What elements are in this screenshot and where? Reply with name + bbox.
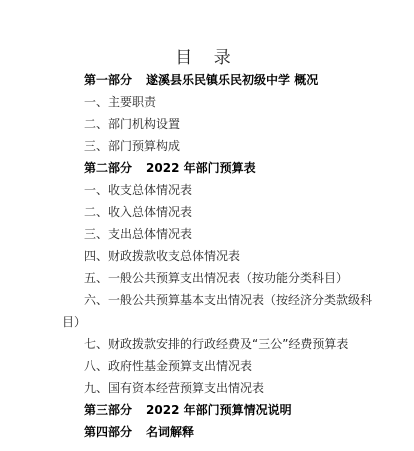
toc-item[interactable]: 三、支出总体情况表 — [62, 223, 372, 245]
toc-part-4[interactable]: 第四部分名词解释 — [62, 421, 372, 443]
toc-part-2[interactable]: 第二部分2022 年部门预算表 — [62, 157, 372, 179]
part-text: 遂溪县乐民镇乐民初级中学 概况 — [146, 73, 318, 87]
toc-item[interactable]: 七、财政拨款安排的行政经费及“三公”经费预算表 — [62, 333, 372, 355]
part-text: 2022 年部门预算情况说明 — [146, 403, 292, 417]
toc-item[interactable]: 三、部门预算构成 — [62, 135, 372, 157]
part-text: 2022 年部门预算表 — [146, 161, 256, 175]
toc-part-3[interactable]: 第三部分2022 年部门预算情况说明 — [62, 399, 372, 421]
part-label: 第三部分 — [84, 403, 132, 417]
toc-item-continuation[interactable]: 目） — [62, 311, 372, 333]
toc-item[interactable]: 五、一般公共预算支出情况表（按功能分类科目） — [62, 267, 372, 289]
toc-part-1[interactable]: 第一部分遂溪县乐民镇乐民初级中学 概况 — [62, 69, 372, 91]
part-label: 第二部分 — [84, 161, 132, 175]
toc-item[interactable]: 六、一般公共预算基本支出情况表（按经济分类款级科 — [62, 289, 372, 311]
toc-item[interactable]: 八、政府性基金预算支出情况表 — [62, 355, 372, 377]
part-text: 名词解释 — [146, 425, 194, 439]
table-of-contents: 第一部分遂溪县乐民镇乐民初级中学 概况 一、主要职责 二、部门机构设置 三、部门… — [62, 69, 372, 443]
toc-title: 目 录 — [0, 47, 414, 69]
toc-item[interactable]: 四、财政拨款收支总体情况表 — [62, 245, 372, 267]
part-label: 第一部分 — [84, 73, 132, 87]
toc-item[interactable]: 一、主要职责 — [62, 91, 372, 113]
toc-item[interactable]: 一、收支总体情况表 — [62, 179, 372, 201]
toc-item[interactable]: 二、部门机构设置 — [62, 113, 372, 135]
toc-item[interactable]: 九、国有资本经营预算支出情况表 — [62, 377, 372, 399]
part-label: 第四部分 — [84, 425, 132, 439]
toc-item[interactable]: 二、收入总体情况表 — [62, 201, 372, 223]
